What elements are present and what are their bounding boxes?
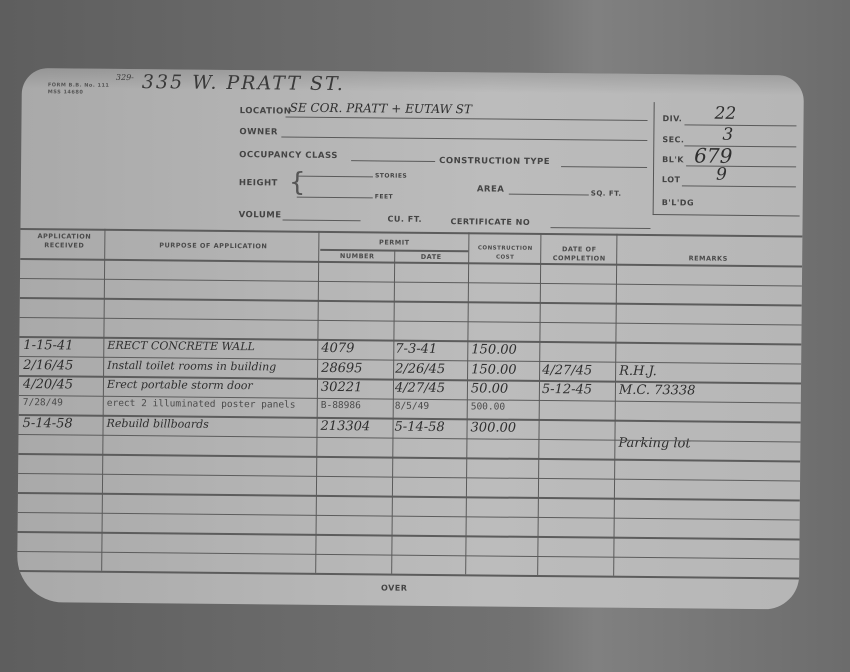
lot-label: LOT [662, 175, 681, 184]
cell-purpose: ERECT CONCRETE WALL [107, 339, 317, 354]
form-number: FORM B.B. No. 111 MSS 14680 [48, 82, 110, 97]
table-row: 1-15-41ERECT CONCRETE WALL40797-3-41150.… [22, 68, 804, 76]
cell-permit-date: 4/27/45 [395, 381, 467, 397]
permit-table: APPLICATION RECEIVED PURPOSE OF APPLICAT… [22, 68, 804, 76]
sec-value: 3 [722, 125, 733, 145]
cell-permit-date: 5-14-58 [394, 420, 466, 436]
height-label: HEIGHT [239, 178, 278, 188]
table-rule [20, 297, 802, 306]
area-label: AREA [477, 184, 505, 194]
cell-permit-number: 4079 [321, 341, 393, 357]
cell-purpose: Erect portable storm door [107, 378, 317, 393]
cell-application-received: 4/20/45 [23, 377, 103, 393]
blk-label: BL'K [662, 155, 684, 164]
cell-permit-number: 213304 [321, 419, 393, 435]
building-permit-record-card: FORM B.B. No. 111 MSS 14680 329- 335 W. … [17, 68, 804, 609]
div-value: 22 [714, 104, 736, 124]
cell-application-received: 5-14-58 [23, 416, 103, 432]
table-rule [18, 531, 800, 540]
bldg-label: B'L'DG [662, 198, 694, 207]
location-label: LOCATION [240, 106, 292, 116]
height-brace-icon: { [289, 169, 306, 197]
table-rule [18, 511, 800, 520]
table-column-divider [537, 233, 541, 575]
header-purpose: PURPOSE OF APPLICATION [108, 241, 318, 252]
table-rule [18, 472, 800, 481]
table-rule [18, 492, 800, 501]
table-row: 5-14-58Rebuild billboards2133045-14-5830… [22, 68, 804, 76]
cell-remarks: R.H.J. [619, 363, 797, 380]
parcel-box: DIV. 22 SEC. 3 BL'K 679 LOT 9 B'L'DG [653, 102, 801, 216]
cell-completion-date: 4/27/45 [542, 363, 614, 379]
cell-application-received: 7/28/49 [23, 397, 103, 409]
feet-label: FEET [375, 193, 393, 200]
table-column-divider [101, 229, 105, 571]
cell-permit-date: 2/26/45 [395, 361, 467, 377]
lot-value: 9 [716, 165, 727, 185]
header-permit-number: NUMBER [320, 252, 394, 262]
certificate-no-label: CERTIFICATE NO [451, 217, 531, 227]
table-rule [17, 570, 799, 579]
handwritten-prefix: 329- [116, 73, 134, 82]
volume-label: VOLUME [239, 210, 282, 220]
cell-remarks: M.C. 73338 [619, 383, 797, 400]
table-rule [18, 453, 800, 462]
sq-ft-label: SQ. FT. [591, 189, 622, 197]
cell-construction-cost: 50.00 [471, 381, 539, 397]
table-rule [20, 277, 802, 286]
form-number-line-2: MSS 14680 [48, 89, 110, 97]
cell-completion-date [542, 343, 614, 344]
header-remarks: REMARKS [618, 254, 798, 265]
sec-label: SEC. [662, 135, 684, 144]
table-row: 2/16/45Install toilet rooms in building2… [22, 68, 804, 76]
cell-construction-cost: 150.00 [471, 342, 539, 358]
location-value: SE COR. PRATT + EUTAW ST [290, 101, 472, 117]
cell-remarks: Parking lot [618, 436, 796, 453]
cell-purpose: Rebuild billboards [107, 417, 317, 432]
table-column-divider [613, 234, 617, 576]
cell-application-received: 2/16/45 [23, 358, 103, 374]
header-date-of-completion: DATE OF COMPLETION [542, 245, 616, 264]
occupancy-class-label: OCCUPANCY CLASS [239, 150, 338, 161]
cell-construction-cost: 300.00 [470, 420, 538, 436]
cell-construction-cost: 150.00 [471, 362, 539, 378]
cell-permit-date: 8/5/49 [395, 400, 467, 412]
cell-purpose: erect 2 illuminated poster panels [107, 397, 317, 410]
header-construction-cost: CONSTRUCTION COST [470, 244, 540, 263]
cell-permit-date: 7-3-41 [395, 342, 467, 358]
cell-permit-number: 30221 [321, 380, 393, 396]
header-permit-date: DATE [394, 253, 468, 263]
table-rule [17, 550, 799, 559]
header-application-received: APPLICATION RECEIVED [26, 232, 102, 251]
cell-construction-cost: 500.00 [471, 401, 539, 413]
table-column-divider [391, 250, 395, 574]
cell-application-received: 1-15-41 [23, 338, 103, 354]
header-permit: PERMIT [320, 238, 468, 248]
cu-ft-label: CU. FT. [388, 215, 423, 224]
table-row: 7/28/49erect 2 illuminated poster panels… [22, 68, 804, 76]
table-rule [20, 316, 802, 325]
cell-purpose: Install toilet rooms in building [107, 358, 317, 373]
owner-label: OWNER [239, 127, 278, 137]
construction-type-label: CONSTRUCTION TYPE [439, 156, 550, 167]
over-footer: OVER [381, 583, 407, 592]
div-label: DIV. [663, 114, 683, 123]
address-heading: 335 W. PRATT ST. [142, 71, 345, 95]
stories-label: STORIES [375, 172, 407, 179]
table-row: 4/20/45Erect portable storm door302214/2… [22, 68, 804, 76]
cell-completion-date: 5-12-45 [542, 382, 614, 398]
table-column-divider [465, 232, 469, 574]
cell-permit-number: 28695 [321, 360, 393, 376]
cell-permit-number: B-88986 [321, 399, 393, 411]
